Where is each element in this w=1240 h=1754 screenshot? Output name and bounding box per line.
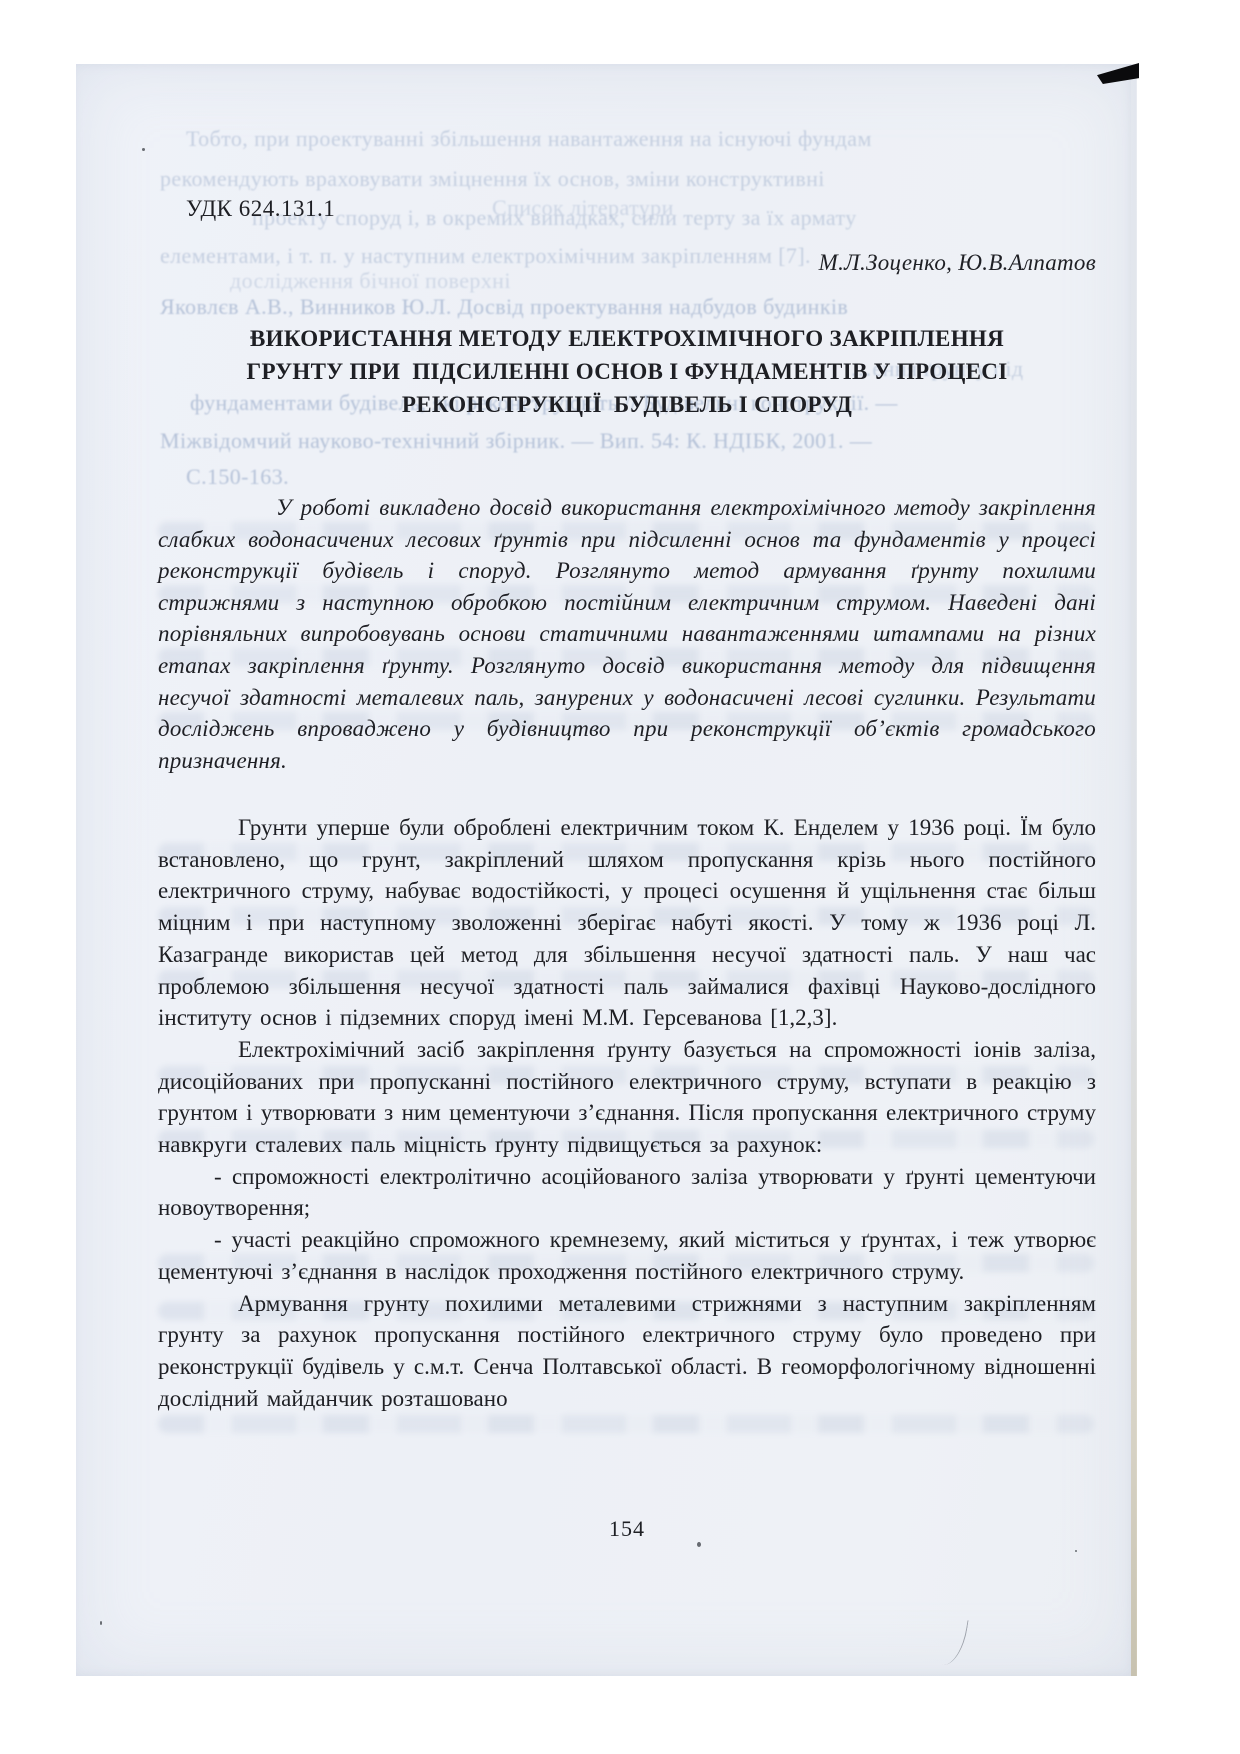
bleedthrough-line: С.150-163. <box>186 464 289 490</box>
dust-speck <box>1075 1550 1077 1552</box>
authors-line: М.Л.Зоценко, Ю.В.Алпатов <box>158 250 1096 276</box>
article-title: ВИКОРИСТАННЯ МЕТОДУ ЕЛЕКТРОХІМІЧНОГО ЗАК… <box>158 322 1096 421</box>
list-item: - участі реакційно спроможного кремнезем… <box>158 1224 1096 1287</box>
bleedthrough-smudge <box>158 1415 1094 1433</box>
list-item: - спроможності електролітично асоційован… <box>158 1161 1096 1224</box>
scanned-document: Тобто, при проектуванні збільшення наван… <box>0 0 1240 1754</box>
abstract-text: У роботі викладено досвід використання е… <box>158 492 1096 776</box>
udc-number: УДК 624.131.1 <box>186 196 335 222</box>
bleedthrough-line: Яковлєв А.В., Винников Ю.Л. Досвід проек… <box>160 294 848 320</box>
dust-speck <box>142 148 145 151</box>
page-number: 154 <box>158 1516 1096 1542</box>
paragraph: Армування грунту похилими металевими стр… <box>158 1288 1096 1415</box>
page-edge-shading <box>1131 64 1137 1676</box>
article-body: Грунти уперше були оброблені електричним… <box>158 812 1096 1414</box>
paragraph: Електрохімічний засіб закріплення ґрунту… <box>158 1034 1096 1161</box>
dust-speck <box>697 1542 701 1547</box>
bleedthrough-line: рекомендують враховувати зміцнення їх ос… <box>160 166 825 192</box>
bleedthrough-line: Тобто, при проектуванні збільшення наван… <box>186 126 872 152</box>
dust-speck <box>100 1621 102 1625</box>
article-title-line-1: ВИКОРИСТАННЯ МЕТОДУ ЕЛЕКТРОХІМІЧНОГО ЗАК… <box>158 322 1096 355</box>
article-title-line-3: РЕКОНСТРУКЦІЇ БУДІВЕЛЬ І СПОРУД <box>158 388 1096 421</box>
paragraph: Грунти уперше були оброблені електричним… <box>158 812 1096 1034</box>
bleedthrough-line: Список літератури <box>492 195 674 221</box>
bleedthrough-line: Міжвідомчий науково-технічний збірник. —… <box>160 428 872 454</box>
article-title-line-2: ГРУНТУ ПРИ ПІДСИЛЕННІ ОСНОВ І ФУНДАМЕНТІ… <box>158 355 1096 388</box>
